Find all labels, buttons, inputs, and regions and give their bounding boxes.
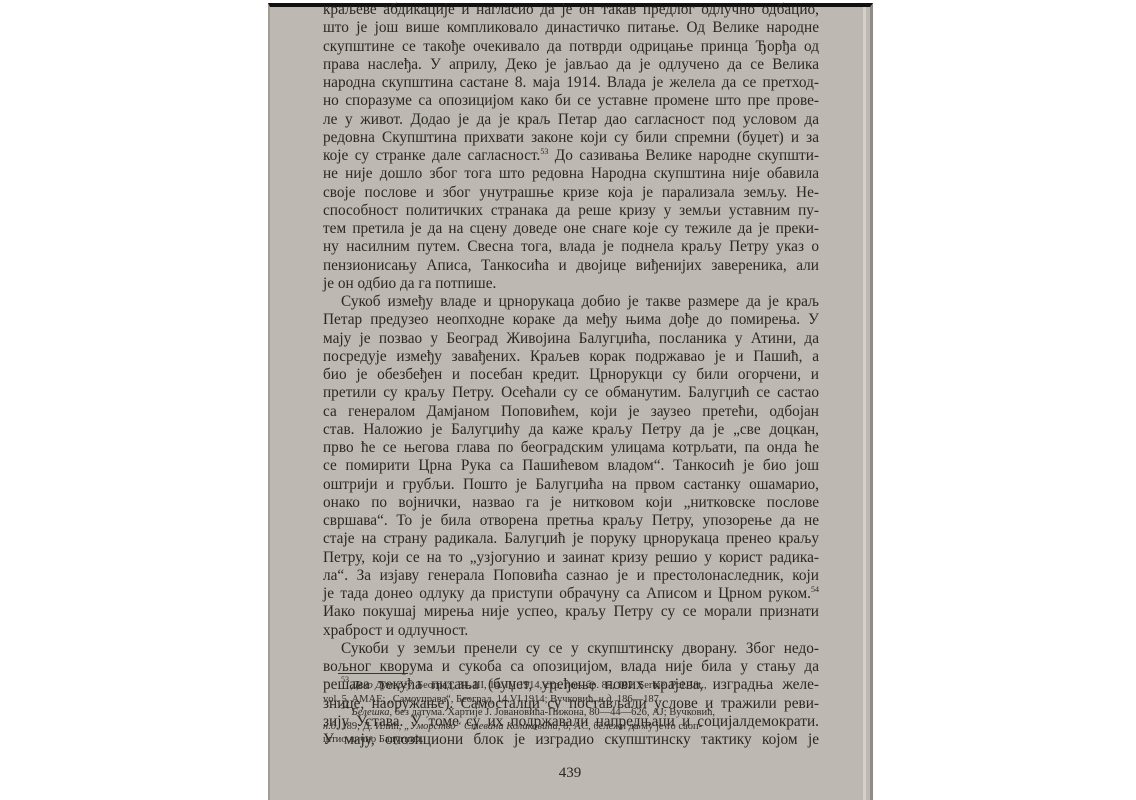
text-line: но споразуме са опозицијом како би се ус…	[323, 92, 819, 110]
text-line: мају је позвао у Београд Живојина Балугџ…	[323, 330, 819, 348]
text-line: онако по војнички, назвао га је нитковом…	[323, 494, 819, 512]
text-line: скупштине се такође очекивало да потврди…	[323, 38, 819, 56]
text-line: ле у живот. Додао је да је краљ Петар да…	[323, 111, 819, 129]
paragraph-start: Сукоб између владе и црнорукаца добио је…	[323, 293, 819, 311]
footnote-ref-54[interactable]: 54	[811, 585, 819, 594]
footnote-text: , 8, AC, бележи да му је то саоп-	[558, 721, 702, 732]
text-line: храброст и одлучност.	[323, 622, 819, 640]
page-number: 439	[270, 765, 870, 782]
footnote-text: 189; Д. Илић,	[339, 721, 404, 732]
text-line: оштрији и грубљи. Пошто је Балугџића на …	[323, 476, 819, 494]
text-line: способност политичких странака да реше к…	[323, 202, 819, 220]
footnote-54-cont: штио лично Балугџић.	[323, 733, 819, 747]
paragraph-start: Сукоби у земљи пренели су се у скупштинс…	[323, 640, 819, 658]
footnote-text: vol. 5, AMAE; „Самоуправа“, Београд, 14.…	[323, 694, 598, 705]
text-line: не није дошло због тога што редовна Наро…	[323, 165, 819, 183]
line-text: је тада донео одлуку да приступи обрачун…	[323, 585, 811, 602]
footnote-title: Деко Думергу	[352, 680, 412, 691]
text-line: Петар предузео неопходне кораке да међу …	[323, 311, 819, 329]
text-line: народна скупштина састане 8. маја 1914. …	[323, 74, 819, 92]
text-line: став. Наложио је Балугџићу да каже краљу…	[323, 421, 819, 439]
text-line: посредује између завађених. Краљев корак…	[323, 348, 819, 366]
text-line: своје послове и због унутрашње кризе кој…	[323, 184, 819, 202]
footnote-italic: „Уморство“ Стевана Колаковића	[404, 721, 558, 732]
text-line: био је обезбеђен и посебан кредит. Црнор…	[323, 366, 819, 384]
text-line: ла“. За изјаву генерала Поповића сазнао …	[323, 567, 819, 585]
text-line: права наслеђа. У априлу, Деко је јављао …	[323, 56, 819, 74]
text-line: Петру, који се на то „узјогунио и заинат…	[323, 549, 819, 567]
footnote-53-cont: vol. 5, AMAE; „Самоуправа“, Београд, 14.…	[323, 693, 819, 707]
text-line: је он одбио да га потпише.	[323, 275, 819, 293]
text-line: свршава“. То је била отворена претња кра…	[323, 512, 819, 530]
footnote-54: 54 Белешка, без датума. Хартије J. Јован…	[323, 706, 819, 720]
footnotes: 53 Деко Думергу, Београд, 31. III, 14. I…	[323, 679, 819, 747]
line-text: које су странке дале сагласност.	[323, 147, 540, 164]
text-line: прво ће се његова глава по београдским у…	[323, 439, 819, 457]
text-line: је тада донео одлуку да приступи обрачун…	[323, 585, 819, 603]
text-line: се помирити Црна Рука са Пашићевом владо…	[323, 457, 819, 475]
footnote-italic: н.д.	[598, 694, 614, 705]
page-edge	[863, 7, 866, 800]
text-line: стаје на страну радикала. Балугџић је по…	[323, 530, 819, 548]
text-line: пензионисању Аписа, Танкосића и двојице …	[323, 257, 819, 275]
footnote-italic: н.д.	[323, 721, 339, 732]
text-line: претили су краљу Петру. Осећали су се об…	[323, 384, 819, 402]
text-line: тем претила је да на сцену доведе оне сн…	[323, 220, 819, 238]
scanned-book-page: краљеве абдикације и нагласио да је он т…	[268, 3, 873, 800]
footnote-53: 53 Деко Думергу, Београд, 31. III, 14. I…	[323, 679, 819, 693]
text-line: ну насилним путем. Свесна тога, влада је…	[323, 238, 819, 256]
line-text: До сазивања Велике народне скупшти-	[548, 147, 819, 164]
text-line: редовна Скупштина прихвати законе који с…	[323, 129, 819, 147]
text-line: Иако покушај мирења није успео, краљу Пе…	[323, 603, 819, 621]
footnote-54-cont: н.д. 189; Д. Илић, „Уморство“ Стевана Ко…	[323, 720, 819, 734]
text-line: са генералом Дамјаном Поповићем, који је…	[323, 403, 819, 421]
text-line: што је још више компликовало династичко …	[323, 19, 819, 37]
footnote-divider	[338, 673, 408, 674]
footnote-title: Белешка	[352, 707, 390, 718]
footnote-marker: 54	[341, 702, 349, 711]
footnote-marker: 53	[341, 675, 349, 684]
footnote-text: , без датума. Хартије J. Јовановића-Пижо…	[390, 707, 715, 718]
body-text: краљеве абдикације и нагласио да је он т…	[323, 1, 819, 749]
text-line: краљеве абдикације и нагласио да је он т…	[323, 1, 819, 19]
footnote-text: , Београд, 31. III, 14. IV 1914, стр. по…	[412, 680, 707, 691]
text-line: које су странке дале сагласност.53 До са…	[323, 147, 819, 165]
footnote-text: 186—187.	[614, 694, 661, 705]
